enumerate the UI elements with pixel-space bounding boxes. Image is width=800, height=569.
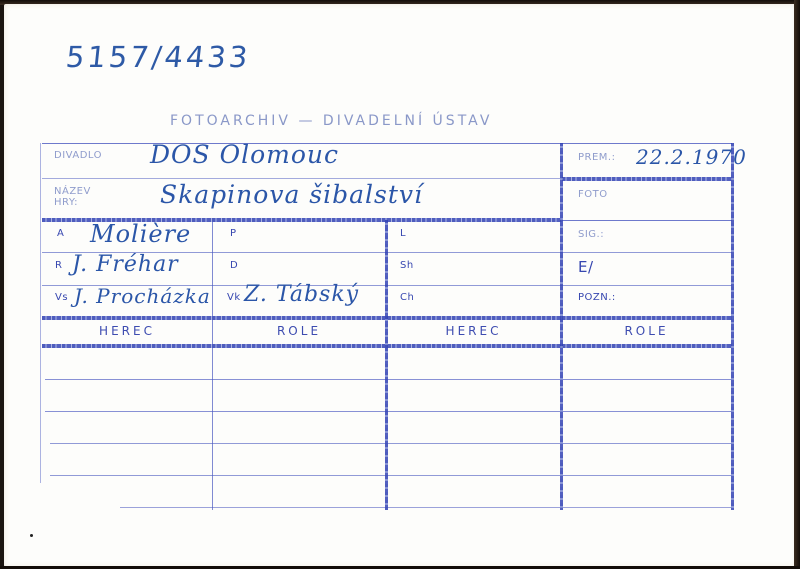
- divider-divadlo: [42, 178, 562, 179]
- label-ch: Ch: [400, 292, 414, 303]
- column-divider-2: [385, 220, 388, 510]
- column-divider-1: [212, 220, 213, 510]
- stamp-header: FOTOARCHIV — DIVADELNÍ ÚSTAV: [170, 113, 530, 129]
- label-divadlo: DIVADLO: [54, 150, 102, 161]
- form-top-border: [42, 143, 732, 144]
- label-d: D: [230, 260, 238, 271]
- table-row-line: [50, 475, 732, 476]
- divider-prem: [562, 177, 732, 181]
- label-r: R: [55, 260, 62, 271]
- scan-border-right: [794, 0, 800, 569]
- value-vk: Z. Tábský: [244, 282, 359, 307]
- value-nazev-hry: Skapinova šibalství: [160, 180, 423, 209]
- label-pozn: POZN.:: [578, 292, 616, 303]
- scan-speck: [30, 534, 33, 537]
- label-sh: Sh: [400, 260, 414, 271]
- value-divadlo: DOS Olomouc: [150, 140, 339, 169]
- table-row-line: [45, 411, 732, 412]
- divider-foto: [562, 220, 732, 221]
- label-nazev-hry: NÁZEV HRY:: [54, 186, 91, 208]
- label-a: A: [57, 228, 64, 239]
- label-p: P: [230, 228, 237, 239]
- header-herec-1: HEREC: [42, 324, 212, 338]
- header-herec-2: HEREC: [387, 324, 560, 338]
- form-right-border: [731, 143, 734, 510]
- value-prem: 22.2.1970: [636, 145, 747, 169]
- label-vk: Vk: [227, 292, 241, 303]
- label-e: E/: [578, 258, 594, 276]
- label-l: L: [400, 228, 406, 239]
- header-role-2: ROLE: [562, 324, 731, 338]
- label-sig: SIG.:: [578, 229, 604, 240]
- value-vs: J. Procházka: [74, 284, 211, 308]
- label-foto: FOTO: [578, 189, 608, 200]
- reference-number: 5157/4433: [64, 40, 252, 74]
- value-a: Molière: [90, 220, 191, 248]
- table-row-line: [45, 379, 732, 380]
- value-r: J. Fréhar: [72, 252, 179, 277]
- header-role-1: ROLE: [213, 324, 385, 338]
- label-prem: PREM.:: [578, 152, 615, 163]
- label-vs: Vs: [55, 292, 68, 303]
- table-row-line: [50, 443, 732, 444]
- form-left-border: [40, 143, 41, 483]
